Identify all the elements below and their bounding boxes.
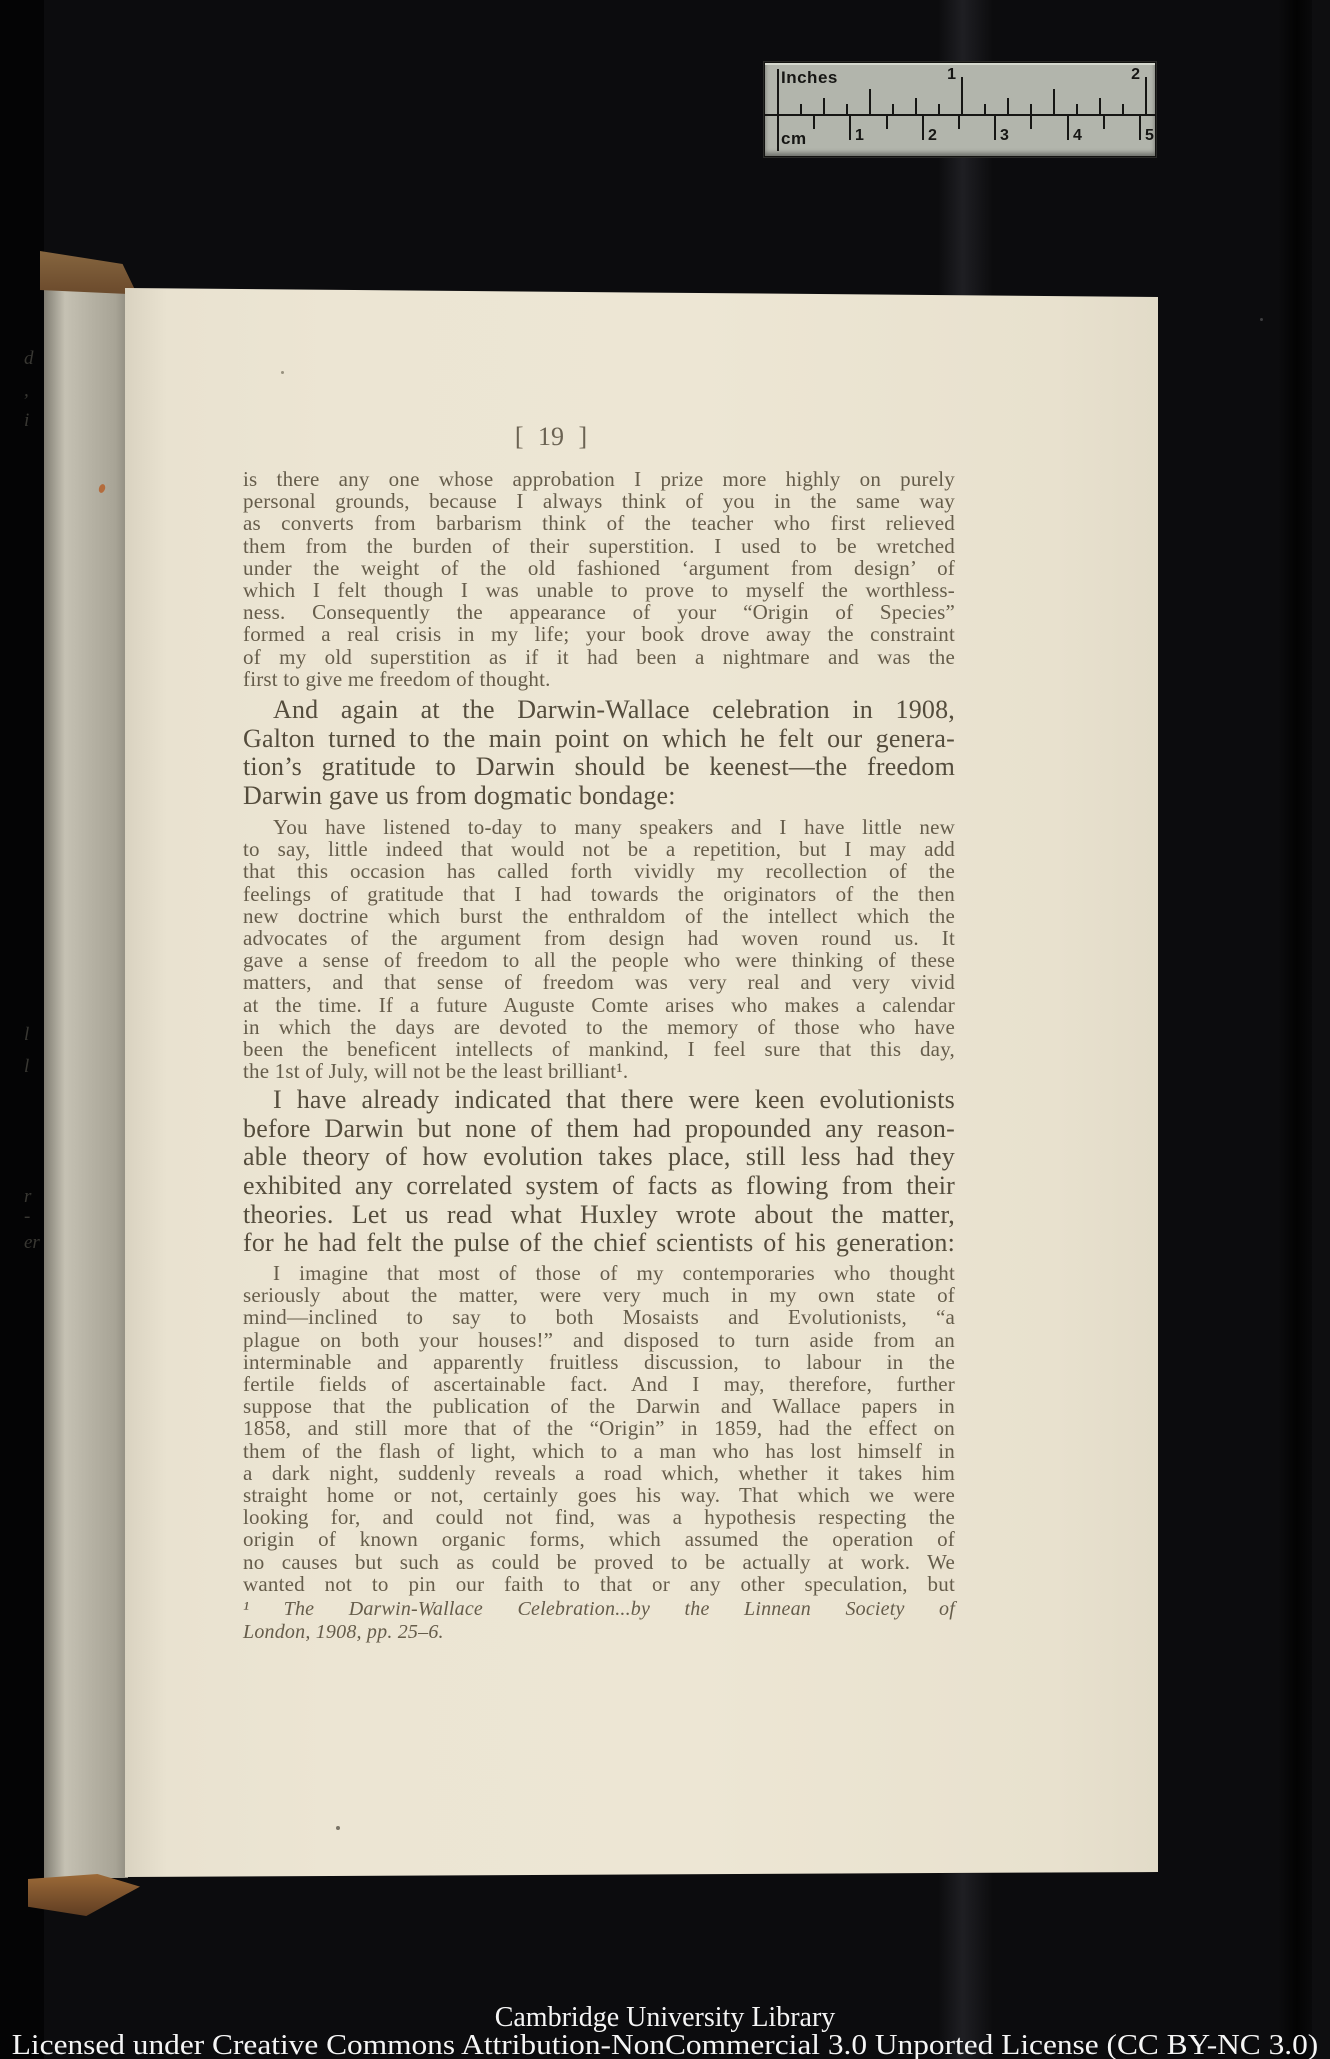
ruler-tick <box>1030 104 1032 115</box>
body-paragraph-evolutionists: I have already indicated that there were… <box>243 1086 955 1258</box>
text-line: which I felt though I was unable to prov… <box>243 579 955 601</box>
ruler-cm-number: 1 <box>855 127 864 145</box>
ruler-tick <box>1076 104 1078 115</box>
ruler-tick <box>922 116 924 140</box>
book-spine-bottom <box>28 1874 140 1916</box>
library-credit-footer: Cambridge University Library Licensed un… <box>0 2004 1330 2059</box>
measurement-ruler: Inches cm 1212345 <box>764 62 1156 157</box>
text-line: looking for, and could not find, was a h… <box>243 1506 955 1528</box>
text-line: them of the flash of light, which to a m… <box>243 1440 955 1462</box>
edge-text-fragment: i <box>24 410 29 432</box>
text-line: gave a sense of freedom to all the peopl… <box>243 949 955 971</box>
text-line: to say, little indeed that would not be … <box>243 838 955 860</box>
text-line: as converts from barbarism think of the … <box>243 512 955 534</box>
quote-paragraph-galton-speech: You have listened to-day to many speaker… <box>243 816 955 1082</box>
edge-text-fragment: , <box>24 380 29 402</box>
book-page: [ 19 ] is there any one whose approbatio… <box>125 286 1158 1880</box>
text-line: no causes but such as could be proved to… <box>243 1551 955 1573</box>
text-line: before Darwin but none of them had propo… <box>243 1115 955 1144</box>
text-line: matters, and that sense of freedom was v… <box>243 971 955 993</box>
ruler-tick <box>961 77 963 115</box>
ruler-tick <box>1145 77 1147 115</box>
ruler-tick <box>823 98 825 115</box>
ruler-cm-number: 2 <box>928 127 937 145</box>
body-paragraph-darwin-wallace-1908: And again at the Darwin-Wallace celebrat… <box>243 696 955 811</box>
text-line: origin of known organic forms, which ass… <box>243 1528 955 1550</box>
backdrop-right-edge <box>1312 0 1330 2059</box>
text-line: suppose that the publication of the Darw… <box>243 1395 955 1417</box>
ruler-tick <box>846 104 848 115</box>
edge-text-fragment: r <box>24 1186 31 1208</box>
edge-text-fragment: l <box>24 1024 29 1046</box>
text-line: mind—inclined to say to both Mosaists an… <box>243 1306 955 1328</box>
text-line: You have listened to-day to many speaker… <box>243 816 955 838</box>
ruler-tick <box>777 69 779 151</box>
text-line: plague on both your houses!” and dispose… <box>243 1329 955 1351</box>
text-line: advocates of the argument from design ha… <box>243 927 955 949</box>
book-page-edges-strip <box>44 290 128 1878</box>
ruler-tick <box>1103 116 1105 129</box>
quote-paragraph-galton-letter: is there any one whose approbation I pri… <box>243 468 955 690</box>
edge-text-fragment: l <box>24 1056 29 1078</box>
text-line: exhibited any correlated system of facts… <box>243 1172 955 1201</box>
ruler-tick <box>938 104 940 115</box>
ruler-tick <box>915 98 917 115</box>
text-line: interminable and apparently fruitless di… <box>243 1351 955 1373</box>
ruler-tick <box>892 104 894 115</box>
text-line: 1858, and still more that of the “Origin… <box>243 1417 955 1439</box>
scanned-book-photograph: Inches cm 1212345 d,illr-er [ 19 ] is th… <box>0 0 1330 2059</box>
text-line: London, 1908, pp. 25–6. <box>243 1621 955 1644</box>
text-line: Darwin gave us from dogmatic bondage: <box>243 782 955 811</box>
ruler-inches-label: Inches <box>781 68 838 88</box>
ruler-tick <box>849 116 851 140</box>
license-line: Licensed under Creative Commons Attribut… <box>0 2032 1330 2059</box>
text-line: in which the days are devoted to the mem… <box>243 1016 955 1038</box>
ruler-tick <box>813 116 815 129</box>
text-line: at the time. If a future Auguste Comte a… <box>243 994 955 1016</box>
backdrop-right-fold-shadow <box>1278 0 1312 2059</box>
ruler-tick <box>958 116 960 129</box>
edge-text-fragment: d <box>24 348 34 370</box>
text-line: Galton turned to the main point on which… <box>243 725 955 754</box>
text-line: seriously about the matter, were very mu… <box>243 1284 955 1306</box>
text-line: first to give me freedom of thought. <box>243 668 955 690</box>
text-line: theories. Let us read what Huxley wrote … <box>243 1201 955 1230</box>
text-line: formed a real crisis in my life; your bo… <box>243 623 955 645</box>
text-line: fertile fields of ascertainable fact. An… <box>243 1373 955 1395</box>
text-line: that this occasion has called forth vivi… <box>243 860 955 882</box>
ruler-tick <box>1099 98 1101 115</box>
page-number: [ 19 ] <box>451 422 651 452</box>
quote-paragraph-huxley: I imagine that most of those of my conte… <box>243 1262 955 1595</box>
library-name: Cambridge University Library <box>0 2004 1330 2032</box>
text-line: ¹ The Darwin-Wallace Celebration...by th… <box>243 1598 955 1621</box>
text-line: a dark night, suddenly reveals a road wh… <box>243 1462 955 1484</box>
dust-speck <box>336 1826 340 1830</box>
text-line: able theory of how evolution takes place… <box>243 1143 955 1172</box>
text-line: tion’s gratitude to Darwin should be kee… <box>243 753 955 782</box>
text-line: them from the burden of their superstiti… <box>243 535 955 557</box>
ruler-cm-number: 4 <box>1073 127 1082 145</box>
ruler-inch-number: 1 <box>936 66 956 84</box>
ruler-tick <box>1067 116 1069 140</box>
ruler-tick <box>1007 98 1009 115</box>
footnote: ¹ The Darwin-Wallace Celebration...by th… <box>243 1598 955 1644</box>
text-line: new doctrine which burst the enthraldom … <box>243 905 955 927</box>
text-line: for he had felt the pulse of the chief s… <box>243 1229 955 1258</box>
text-line: And again at the Darwin-Wallace celebrat… <box>243 696 955 725</box>
ruler-cm-number: 3 <box>1000 127 1009 145</box>
ruler-tick <box>1053 89 1055 115</box>
facing-page-text-fragments: d,illr-er <box>22 0 44 2059</box>
ruler-tick <box>984 104 986 115</box>
ruler-tick <box>800 104 802 115</box>
ruler-tick <box>869 89 871 115</box>
ruler-tick <box>1030 116 1032 129</box>
text-line: feelings of gratitude that I had towards… <box>243 883 955 905</box>
ruler-cm-label: cm <box>781 129 807 149</box>
text-line: the 1st of July, will not be the least b… <box>243 1060 955 1082</box>
text-line: straight home or not, certainly goes his… <box>243 1484 955 1506</box>
dust-speck <box>1260 318 1263 321</box>
text-line: I have already indicated that there were… <box>243 1086 955 1115</box>
text-line: I imagine that most of those of my conte… <box>243 1262 955 1284</box>
ruler-cm-number: 5 <box>1145 127 1154 145</box>
text-line: been the beneficent intellects of mankin… <box>243 1038 955 1060</box>
text-line: is there any one whose approbation I pri… <box>243 468 955 490</box>
ruler-tick <box>1122 104 1124 115</box>
ruler-tick <box>994 116 996 140</box>
ruler-tick <box>886 116 888 129</box>
ruler-inch-number: 2 <box>1120 66 1140 84</box>
text-line: under the weight of the old fashioned ‘a… <box>243 557 955 579</box>
ruler-tick <box>1139 116 1141 140</box>
edge-text-fragment: - <box>24 1206 30 1228</box>
text-line: ness. Consequently the appearance of you… <box>243 601 955 623</box>
text-line: of my old superstition as if it had been… <box>243 646 955 668</box>
book-spine-top <box>40 244 136 294</box>
dust-speck <box>281 371 284 374</box>
text-line: personal grounds, because I always think… <box>243 490 955 512</box>
text-line: wanted not to pin our faith to that or a… <box>243 1573 955 1595</box>
edge-text-fragment: er <box>24 1232 40 1254</box>
